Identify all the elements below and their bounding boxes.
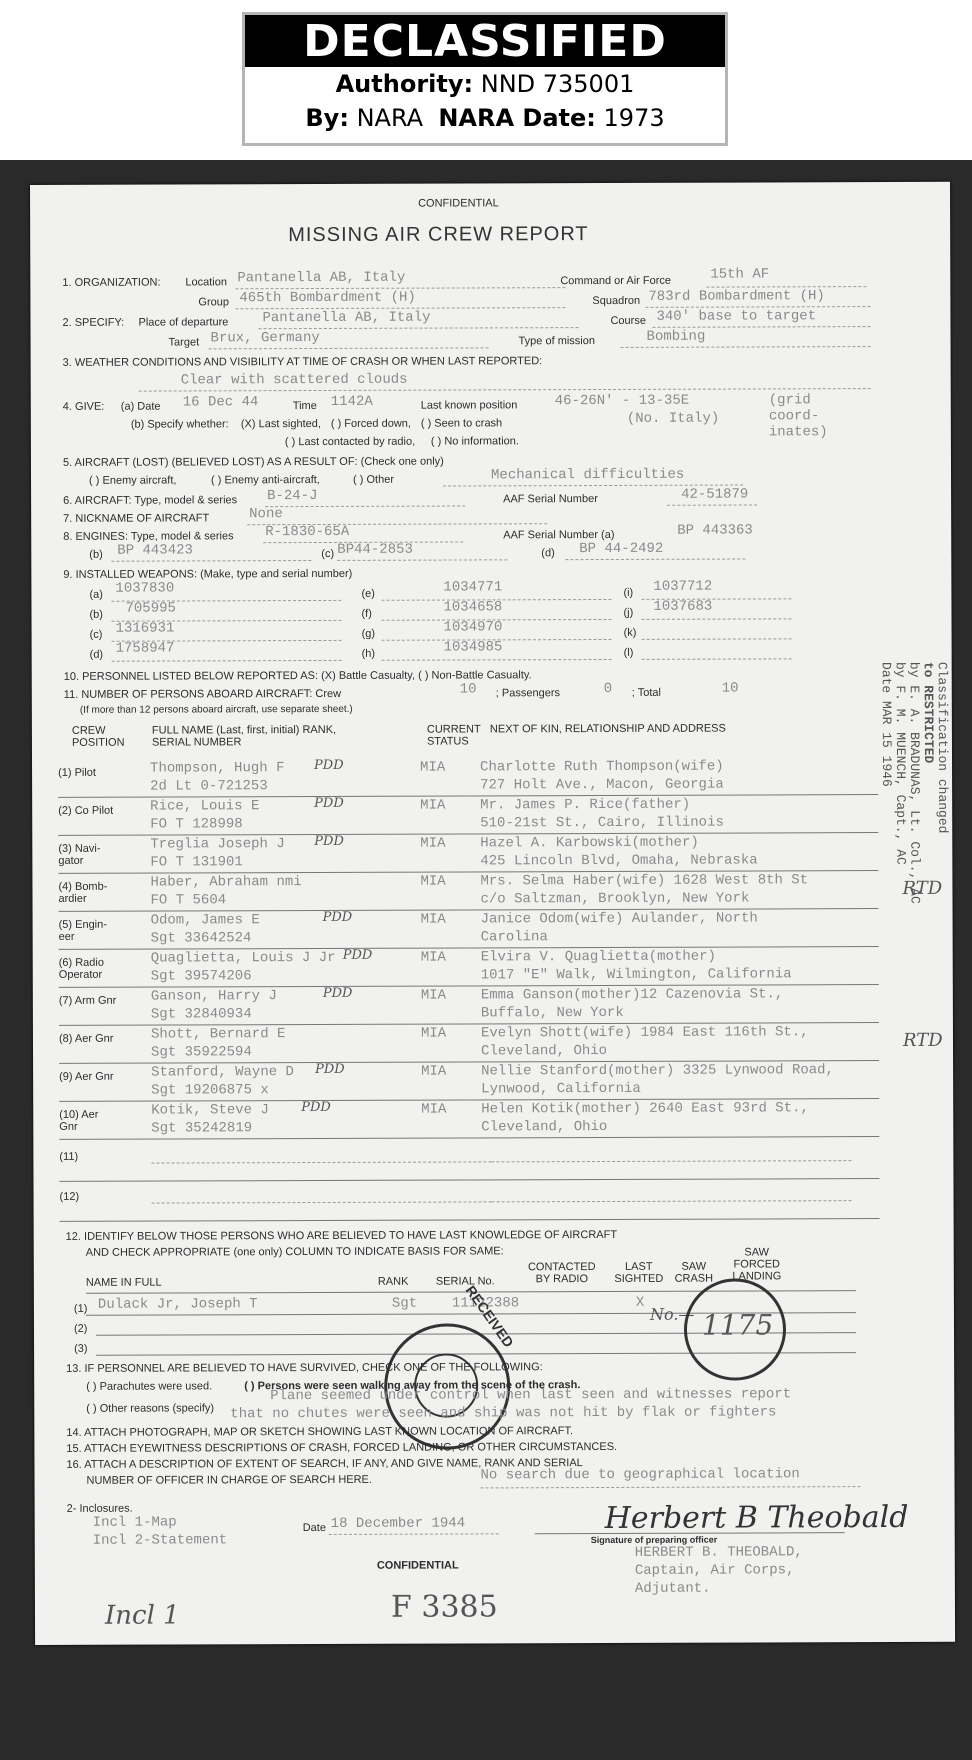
item16-label-2: NUMBER OF OFFICER IN CHARGE OF SEARCH HE… bbox=[87, 1474, 372, 1487]
item11-note: (If more than 12 persons aboard aircraft… bbox=[80, 704, 353, 716]
nickname-value: None bbox=[249, 506, 283, 522]
crew-rank-serial: FO T 131901 bbox=[150, 854, 242, 870]
engine-d-label: (d) bbox=[541, 547, 554, 559]
officer-rank: Captain, Air Corps, bbox=[635, 1562, 795, 1579]
nara-date-label: NARA Date: bbox=[438, 104, 596, 132]
crew-status: MIA bbox=[420, 798, 445, 814]
crew-name: Thompson, Hugh F bbox=[150, 760, 284, 776]
crew-rank-serial: FO T 5604 bbox=[150, 892, 226, 908]
nara-date-value: 1973 bbox=[604, 104, 665, 132]
crew-header-kin: NEXT OF KIN, RELATIONSHIP AND ADDRESS bbox=[490, 722, 750, 735]
field-line bbox=[265, 505, 465, 507]
weapon-serial: 1758947 bbox=[116, 640, 175, 656]
file-number: F 3385 bbox=[391, 1589, 498, 1624]
cause-value: Mechanical difficulties bbox=[491, 467, 684, 484]
option-forced-down: ( ) Forced down, bbox=[331, 418, 411, 430]
crew-rank-serial: Sgt 32840934 bbox=[151, 1006, 252, 1022]
option-no-info: ( ) No information. bbox=[431, 435, 519, 447]
item8-label: 8. ENGINES: Type, model & series bbox=[63, 530, 233, 543]
weapon-serial: 1034658 bbox=[443, 599, 502, 615]
passengers-label: ; Passengers bbox=[496, 687, 560, 699]
item7-label: 7. NICKNAME OF AIRCRAFT bbox=[63, 512, 209, 525]
crew-name: Shott, Bernard E bbox=[151, 1026, 285, 1042]
inclosure-1: Incl 1-Map bbox=[93, 1514, 177, 1530]
weapon-key: (g) bbox=[362, 628, 375, 640]
crew-note: PDD bbox=[323, 986, 353, 1001]
weapon-key: (f) bbox=[361, 608, 371, 620]
declassified-heading: DECLASSIFIED bbox=[245, 15, 725, 67]
crew-kin-address: Cleveland, Ohio bbox=[481, 1119, 607, 1135]
group-label: Group bbox=[198, 296, 229, 308]
position-note: (grid coord-inates) bbox=[769, 392, 859, 440]
reclass-line-3: by E. A. BRADUNAS, Lt. Col., AC bbox=[907, 662, 923, 904]
target-value: Brux, Germany bbox=[211, 330, 320, 346]
reclass-line-4: by F. M. MUENCH, Capt., AC bbox=[893, 662, 909, 865]
crew-kin: Elvira V. Quaglietta(mother) bbox=[481, 949, 716, 966]
field-line bbox=[481, 1486, 861, 1488]
weapon-key: (i) bbox=[623, 587, 633, 599]
engine-c-label: (c) bbox=[321, 548, 334, 560]
crew-status: MIA bbox=[421, 1102, 446, 1118]
witness-name: Dulack Jr, Joseph T bbox=[98, 1296, 258, 1313]
crew-note: PDD bbox=[314, 796, 344, 811]
field-line bbox=[337, 559, 507, 561]
crew-kin-address: c/o Saltzman, Brooklyn, New York bbox=[480, 890, 749, 907]
missing-air-crew-report: CONFIDENTIAL MISSING AIR CREW REPORT 1. … bbox=[30, 182, 955, 1645]
date-footer-value: 18 December 1944 bbox=[331, 1515, 465, 1531]
witness-header-crash: SAW CRASH bbox=[674, 1261, 714, 1285]
survival-note-2: that no chutes were seen and ship was no… bbox=[230, 1404, 776, 1422]
crew-status: MIA bbox=[421, 1026, 446, 1042]
crew-kin: Janice Odom(wife) Aulander, North bbox=[481, 910, 758, 927]
stamp-number: 1175 bbox=[702, 1308, 773, 1341]
weapon-key: (b) bbox=[89, 609, 102, 621]
mission-value: Bombing bbox=[647, 329, 706, 345]
crew-note: PDD bbox=[315, 1062, 345, 1077]
classification-bottom: CONFIDENTIAL bbox=[377, 1560, 459, 1572]
field-line bbox=[139, 388, 871, 392]
survival-note-1: Plane seemed under control when last see… bbox=[270, 1386, 791, 1404]
weapon-key: (e) bbox=[361, 588, 374, 600]
field-line bbox=[621, 346, 871, 348]
option-seen-to-crash: ( ) Seen to crash bbox=[421, 417, 502, 429]
weapon-serial: 1034985 bbox=[444, 639, 503, 655]
target-label: Target bbox=[169, 336, 200, 348]
crew-status: MIA bbox=[421, 1064, 446, 1080]
specify-label: (b) Specify whether: bbox=[131, 418, 229, 430]
crew-kin: Nellie Stanford(mother) 3325 Lynwood Roa… bbox=[481, 1062, 834, 1079]
crew-name: Kotik, Steve J bbox=[151, 1102, 269, 1118]
engine-b-value: BP 443423 bbox=[117, 542, 193, 558]
engine-type-value: R-1830-65A bbox=[265, 524, 349, 540]
crew-name: Haber, Abraham nmi bbox=[150, 874, 301, 891]
field-line bbox=[667, 504, 757, 505]
option-other: ( ) Other bbox=[353, 474, 394, 486]
reclass-line-1: Classification changed bbox=[935, 662, 951, 834]
crew-name: Treglia Joseph J bbox=[150, 836, 284, 852]
weapon-key: (c) bbox=[90, 629, 103, 641]
weapon-key: (a) bbox=[89, 589, 102, 601]
field-line bbox=[565, 559, 745, 561]
crew-rank-serial: 2d Lt 0-721253 bbox=[150, 778, 268, 794]
command-value: 15th AF bbox=[710, 266, 769, 282]
weapon-key: (d) bbox=[90, 649, 103, 661]
engine-c-value: BP44-2853 bbox=[337, 542, 413, 558]
witness-header-name: NAME IN FULL bbox=[86, 1277, 162, 1289]
crew-status: MIA bbox=[420, 760, 445, 776]
date-label: (a) Date bbox=[121, 401, 161, 413]
field-line bbox=[329, 1533, 499, 1535]
authority-line: Authority: NND 735001 bbox=[245, 67, 725, 101]
engine-a-value: BP 443363 bbox=[677, 522, 753, 538]
authority-label: Authority: bbox=[336, 70, 473, 98]
witness-header-radio: CONTACTED BY RADIO bbox=[522, 1261, 602, 1285]
handwritten-note: Incl 1 bbox=[105, 1600, 180, 1630]
time-value: 1142A bbox=[331, 394, 373, 410]
crew-kin-address: Carolina bbox=[481, 929, 548, 945]
engine-b-label: (b) bbox=[89, 549, 102, 561]
other-reasons-option: ( ) Other reasons (specify) bbox=[86, 1402, 214, 1414]
declassified-stamp: DECLASSIFIED Authority: NND 735001 By: N… bbox=[242, 12, 728, 146]
option-enemy-aircraft: ( ) Enemy aircraft, bbox=[89, 474, 176, 486]
weapon-serial: 1037683 bbox=[653, 599, 712, 615]
position-value: 46-26N' - 13-35E bbox=[555, 393, 689, 409]
inclosures-label: 2- Inclosures. bbox=[67, 1503, 133, 1515]
item3-label: 3. WEATHER CONDITIONS AND VISIBILITY AT … bbox=[63, 355, 543, 369]
item13-label: 13. IF PERSONNEL ARE BELIEVED TO HAVE SU… bbox=[66, 1361, 543, 1375]
weapon-serial: 705995 bbox=[125, 600, 175, 616]
item1-label: 1. ORGANIZATION: bbox=[62, 277, 160, 289]
crew-kin: Evelyn Shott(wife) 1984 East 116th St., bbox=[481, 1024, 809, 1041]
date-value: 16 Dec 44 bbox=[183, 394, 259, 410]
crew-kin: Mr. James P. Rice(father) bbox=[480, 797, 690, 814]
weapon-key: (l) bbox=[624, 647, 634, 659]
item2-label: 2. SPECIFY: bbox=[62, 317, 124, 329]
item12-label-2: AND CHECK APPROPRIATE (one only) COLUMN … bbox=[86, 1245, 504, 1258]
item11-label: 11. NUMBER OF PERSONS ABOARD AIRCRAFT: C… bbox=[64, 688, 341, 701]
crew-status: MIA bbox=[420, 836, 445, 852]
crew-status: MIA bbox=[421, 988, 446, 1004]
by-value: NARA bbox=[357, 104, 424, 132]
item4-label: 4. GIVE: bbox=[63, 401, 105, 413]
crew-name: Rice, Louis E bbox=[150, 798, 259, 814]
course-value: 340' base to target bbox=[656, 308, 816, 325]
crew-status: MIA bbox=[421, 950, 446, 966]
witness-header-landing: SAW FORCED LANDING bbox=[722, 1246, 792, 1282]
engine-serial-label: AAF Serial Number (a) bbox=[503, 529, 614, 541]
crew-rank-serial: FO T 128998 bbox=[150, 816, 242, 832]
officer-signature: Herbert B Theobald bbox=[605, 1500, 909, 1536]
crew-kin-address: 1017 "E" Walk, Wilmington, California bbox=[481, 966, 792, 983]
item9-label: 9. INSTALLED WEAPONS: (Make, type and se… bbox=[63, 568, 352, 581]
margin-note: RTD bbox=[903, 1030, 943, 1051]
crew-note: PDD bbox=[314, 758, 344, 773]
option-enemy-antiaircraft: ( ) Enemy anti-aircraft, bbox=[211, 474, 320, 486]
time-label: Time bbox=[293, 400, 317, 412]
crew-kin-address: 510-21st St., Cairo, Illinois bbox=[480, 815, 724, 832]
weapon-key: (j) bbox=[623, 607, 633, 619]
crew-header-name: FULL NAME (Last, first, initial) RANK, S… bbox=[152, 724, 372, 749]
weapon-serial: 1037712 bbox=[653, 579, 712, 595]
item6-label: 6. AIRCRAFT: Type, model & series bbox=[63, 494, 237, 507]
crew-status: MIA bbox=[421, 912, 446, 928]
weapon-serial: 1316931 bbox=[116, 620, 175, 636]
departure-label: Place of departure bbox=[138, 316, 228, 328]
crew-kin-address: Buffalo, New York bbox=[481, 1005, 624, 1021]
item14-label: 14. ATTACH PHOTOGRAPH, MAP OR SKETCH SHO… bbox=[66, 1425, 573, 1439]
witness-header-rank: RANK bbox=[378, 1276, 409, 1288]
crew-name: Ganson, Harry J bbox=[151, 988, 277, 1004]
aircraft-type-value: B-24-J bbox=[267, 488, 317, 504]
crew-kin-address: 425 Lincoln Blvd, Omaha, Nebraska bbox=[480, 852, 757, 869]
weapon-serial: 1037830 bbox=[115, 580, 174, 596]
weapon-serial: 1034771 bbox=[443, 579, 502, 595]
inclosure-2: Incl 2-Statement bbox=[93, 1532, 227, 1548]
location-label: Location bbox=[185, 276, 227, 288]
item5-label: 5. AIRCRAFT (LOST) (BELIEVED LOST) AS A … bbox=[63, 456, 444, 469]
form-title: MISSING AIR CREW REPORT bbox=[288, 223, 589, 247]
form-body: CONFIDENTIAL MISSING AIR CREW REPORT 1. … bbox=[30, 182, 955, 1645]
crew-kin: Hazel A. Karbowski(mother) bbox=[480, 835, 698, 852]
item15-label: 15. ATTACH EYEWITNESS DESCRIPTIONS OF CR… bbox=[66, 1441, 617, 1455]
crew-rank-serial: Sgt 35922594 bbox=[151, 1044, 252, 1060]
passengers-count: 0 bbox=[604, 681, 612, 697]
by-line: By: NARA NARA Date: 1973 bbox=[245, 101, 725, 135]
weapon-key: (h) bbox=[362, 648, 375, 660]
witness-header-serial: SERIAL No. bbox=[436, 1275, 495, 1287]
group-value: 465th Bombardment (H) bbox=[239, 290, 415, 307]
crew-kin: Emma Ganson(mother)12 Cazenovia St., bbox=[481, 986, 784, 1003]
engine-d-value: BP 44-2492 bbox=[579, 541, 663, 557]
region-value: (No. Italy) bbox=[627, 411, 719, 427]
field-line bbox=[209, 347, 489, 349]
crew-note: PDD bbox=[301, 1100, 331, 1115]
crew-kin-address: 727 Holt Ave., Macon, Georgia bbox=[480, 777, 724, 794]
crew-note: PDD bbox=[343, 948, 373, 963]
reclassification-stamp: Classification changed to RESTRICTED by … bbox=[850, 662, 951, 952]
reclass-line-5: Date MAR 15 1946 bbox=[879, 662, 894, 787]
weapon-serial: 1034970 bbox=[444, 619, 503, 635]
item12-label: 12. IDENTIFY BELOW THOSE PERSONS WHO ARE… bbox=[66, 1229, 617, 1243]
reclass-line-2: to RESTRICTED bbox=[921, 662, 936, 763]
crew-name: Quaglietta, Louis J Jr bbox=[151, 950, 336, 967]
squadron-label: Squadron bbox=[592, 295, 640, 307]
crew-kin: Charlotte Ruth Thompson(wife) bbox=[480, 759, 724, 776]
total-count: 10 bbox=[722, 681, 739, 697]
witness-rank: Sgt bbox=[392, 1296, 417, 1312]
crew-name: Stanford, Wayne D bbox=[151, 1064, 294, 1080]
weapon-key: (k) bbox=[624, 627, 637, 639]
command-label: Command or Air Force bbox=[560, 275, 671, 287]
officer-name: HERBERT B. THEOBALD, bbox=[635, 1544, 803, 1561]
option-last-radio: ( ) Last contacted by radio, bbox=[285, 436, 415, 448]
crew-rank-serial: Sgt 39574206 bbox=[151, 968, 252, 984]
total-label: ; Total bbox=[632, 687, 661, 699]
parachutes-option: ( ) Parachutes were used. bbox=[86, 1380, 212, 1392]
crew-rank-serial: Sgt 19206875 x bbox=[151, 1082, 269, 1098]
officer-title: Adjutant. bbox=[635, 1581, 711, 1597]
crew-header-position: CREW POSITION bbox=[72, 725, 132, 749]
crew-note: PDD bbox=[323, 910, 353, 925]
crew-kin: Mrs. Selma Haber(wife) 1628 West 8th St bbox=[480, 872, 808, 889]
location-value: Pantanella AB, Italy bbox=[237, 270, 405, 287]
crew-rank-serial: Sgt 35242819 bbox=[151, 1120, 252, 1136]
field-line bbox=[111, 560, 311, 562]
aircraft-serial-label: AAF Serial Number bbox=[503, 493, 598, 505]
crew-kin: Helen Kotik(mother) 2640 East 93rd St., bbox=[481, 1100, 809, 1117]
course-label: Course bbox=[610, 315, 646, 327]
crew-name: Odom, James E bbox=[151, 912, 260, 928]
weather-value: Clear with scattered clouds bbox=[181, 372, 408, 389]
squadron-value: 783rd Bombardment (H) bbox=[648, 288, 824, 305]
mission-label: Type of mission bbox=[519, 335, 595, 347]
by-label: By: bbox=[305, 104, 349, 132]
search-note: No search due to geographical location bbox=[480, 1466, 799, 1483]
departure-value: Pantanella AB, Italy bbox=[262, 310, 430, 327]
aircraft-serial-value: 42-51879 bbox=[681, 486, 748, 502]
witness-header-sighted: LAST SIGHTED bbox=[614, 1261, 664, 1285]
crew-note: PDD bbox=[314, 834, 344, 849]
signature-label: Signature of preparing officer bbox=[591, 1535, 718, 1545]
crew-status: MIA bbox=[420, 874, 445, 890]
field-line bbox=[259, 327, 579, 329]
position-label: Last known position bbox=[421, 399, 518, 411]
crew-kin-address: Cleveland, Ohio bbox=[481, 1043, 607, 1059]
crew-header-status: CURRENT STATUS bbox=[427, 723, 487, 747]
date-footer-label: Date bbox=[303, 1522, 326, 1534]
classification-top: CONFIDENTIAL bbox=[418, 197, 499, 209]
witness-sighted-mark: X bbox=[636, 1295, 644, 1311]
option-last-sighted: (X) Last sighted, bbox=[241, 418, 321, 430]
crew-count: 10 bbox=[460, 681, 477, 697]
crew-rank-serial: Sgt 33642524 bbox=[151, 930, 252, 946]
field-line bbox=[652, 326, 870, 328]
crew-kin-address: Lynwood, California bbox=[481, 1081, 641, 1098]
authority-value: NND 735001 bbox=[481, 70, 635, 98]
